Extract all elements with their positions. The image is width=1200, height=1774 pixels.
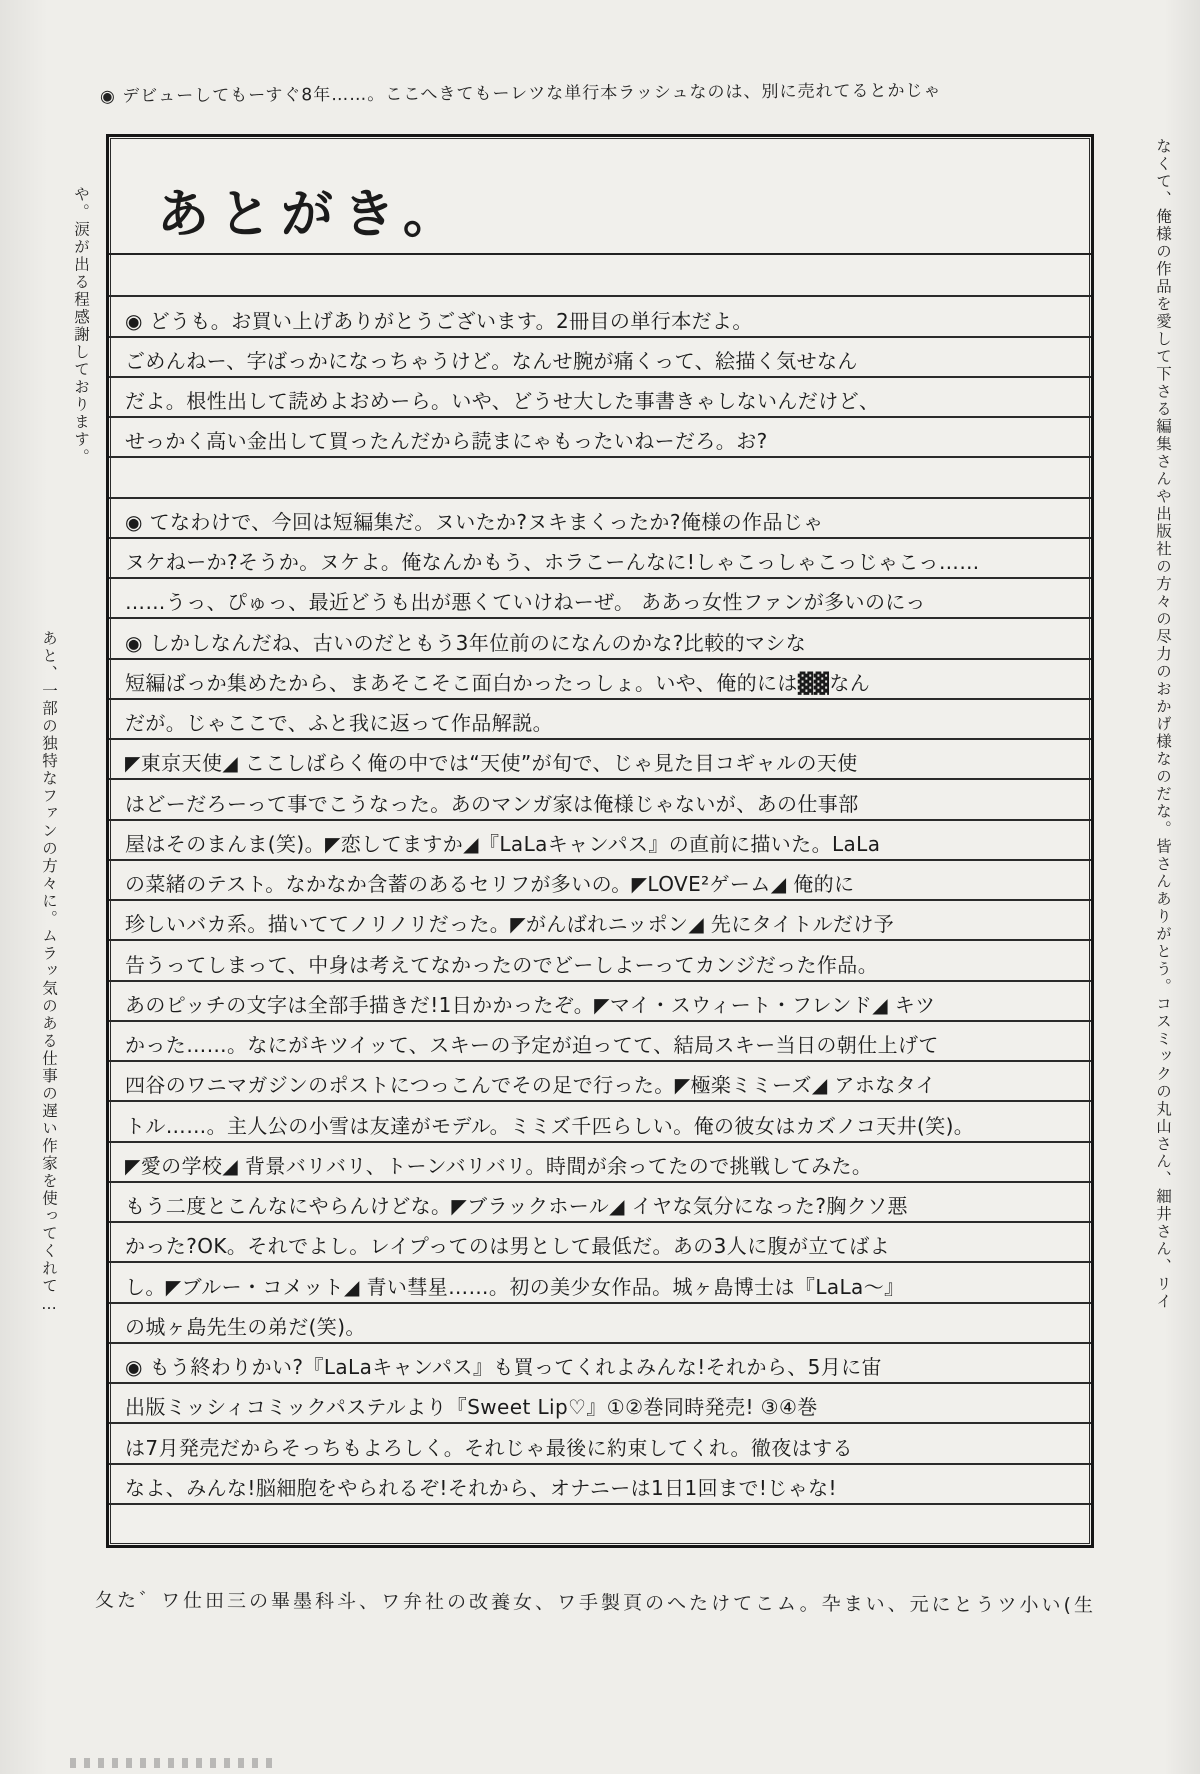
print-edge-artifact xyxy=(70,1758,280,1768)
right-margin-note: なくて、俺様の作品を愛して下さる編集さんや出版社の方々の尽力のおかげ様なのだな。… xyxy=(1152,138,1174,1468)
text-line: ◤東京天使◢ ここしばらく俺の中では“天使”が旬で、じゃ見た目コギャルの天使 xyxy=(109,740,1091,780)
text-line: あのピッチの文字は全部手描きだ!1日かかったぞ。◤マイ・スウィート・フレンド◢ … xyxy=(109,982,1091,1022)
text-line: トル……。主人公の小雪は友達がモデル。ミミズ千匹らしい。俺の彼女はカズノコ天井(… xyxy=(109,1102,1091,1142)
text-line: 短編ばっか集めたから、まあそこそこ面白かったっしょ。いや、俺的には▓▓なん xyxy=(109,660,1091,700)
handwritten-text-lines: ◉ どうも。お買い上げありがとうございます。2冊目の単行本だよ。ごめんねー、字ば… xyxy=(109,257,1091,1543)
afterword-ruled-box: あとがき。 ◉ どうも。お買い上げありがとうございます。2冊目の単行本だよ。ごめ… xyxy=(106,134,1094,1548)
text-line: の菜緒のテスト。なかなか含蓄のあるセリフが多いの。◤LOVE²ゲーム◢ 俺的に xyxy=(109,861,1091,901)
text-line: ◤愛の学校◢ 背景バリバリ、トーンバリバリ。時間が余ってたので挑戦してみた。 xyxy=(109,1143,1091,1183)
text-line: かった……。なにがキツイッて、スキーの予定が迫ってて、結局スキー当日の朝仕上げて xyxy=(109,1022,1091,1062)
text-line: ◉ どうも。お買い上げありがとうございます。2冊目の単行本だよ。 xyxy=(109,297,1091,337)
text-line: 出版ミッシィコミックパステルより『Sweet Lip♡』①②巻同時発売! ③④巻 xyxy=(109,1384,1091,1424)
scanned-page: ◉ デビューしてもーすぐ8年……。ここへきてもーレツな単行本ラッシュなのは、別に… xyxy=(0,0,1200,1774)
afterword-title: あとがき。 xyxy=(109,137,1091,255)
text-line: ヌケねーか?そうか。ヌケよ。俺なんかもう、ホラこーんなに!しゃこっしゃこっじゃこ… xyxy=(109,539,1091,579)
ruled-line xyxy=(109,257,1091,297)
ruled-line xyxy=(109,1505,1091,1543)
text-line: ◉ てなわけで、今回は短編集だ。ヌいたか?ヌキまくったか?俺様の作品じゃ xyxy=(109,499,1091,539)
text-line: ◉ しかしなんだね、古いのだともう3年位前のになんのかな?比較的マシな xyxy=(109,619,1091,659)
text-line: ◉ もう終わりかい?『LaLaキャンパス』も買ってくれよみんな!それから、5月に… xyxy=(109,1344,1091,1384)
ruled-line xyxy=(109,458,1091,498)
text-line: だが。じゃここで、ふと我に返って作品解説。 xyxy=(109,700,1091,740)
left-margin-note-upper: や。涙が出る程感謝しております。 xyxy=(70,186,92,656)
text-line: かった?OK。それでよし。レイプってのは男として最低だ。あの3人に腹が立てばよ xyxy=(109,1223,1091,1263)
text-line: 四谷のワニマガジンのポストにつっこんでその足で行った。◤極楽ミミーズ◢ アホなタ… xyxy=(109,1062,1091,1102)
bottom-margin-note-upside-down: 夂た゛ワ仕田三の畢墨科斗、ワ弁社の改養女、ワ手製頁のへたけてこム。卆まい、元にと… xyxy=(95,1585,1095,1630)
text-line: はどーだろーって事でこうなった。あのマンガ家は俺様じゃないが、あの仕事部 xyxy=(109,780,1091,820)
text-line: し。◤ブルー・コメット◢ 青い彗星……。初の美少女作品。城ヶ島博士は『LaLa〜… xyxy=(109,1263,1091,1303)
text-line: 屋はそのまんま(笑)。◤恋してますか◢『LaLaキャンパス』の直前に描いた。La… xyxy=(109,821,1091,861)
top-margin-note: ◉ デビューしてもーすぐ8年……。ここへきてもーレツな単行本ラッシュなのは、別に… xyxy=(100,74,1160,115)
text-line: だよ。根性出して読めよおめーら。いや、どうせ大した事書きゃしないんだけど、 xyxy=(109,378,1091,418)
text-line: は7月発売だからそっちもよろしく。それじゃ最後に約束してくれ。徹夜はする xyxy=(109,1424,1091,1464)
text-line: の城ヶ島先生の弟だ(笑)。 xyxy=(109,1304,1091,1344)
text-line: せっかく高い金出して買ったんだから読まにゃもったいねーだろ。お? xyxy=(109,418,1091,458)
text-line: ……うっ、ぴゅっ、最近どうも出が悪くていけねーぜ。 ああっ女性ファンが多いのにっ xyxy=(109,579,1091,619)
left-margin-note-lower: あと、一部の独特なファンの方々に。ムラッ気のある仕事の遅い作家を使ってくれて… xyxy=(38,630,60,1470)
text-line: 珍しいバカ系。描いててノリノリだった。◤がんばれニッポン◢ 先にタイトルだけ予 xyxy=(109,901,1091,941)
text-line: 告うってしまって、中身は考えてなかったのでどーしよーってカンジだった作品。 xyxy=(109,941,1091,981)
text-line: もう二度とこんなにやらんけどな。◤ブラックホール◢ イヤな気分になった?胸クソ悪 xyxy=(109,1183,1091,1223)
text-line: なよ、みんな!脳細胞をやられるぞ!それから、オナニーは1日1回まで!じゃな! xyxy=(109,1465,1091,1505)
text-line: ごめんねー、字ばっかになっちゃうけど。なんせ腕が痛くって、絵描く気せなん xyxy=(109,338,1091,378)
